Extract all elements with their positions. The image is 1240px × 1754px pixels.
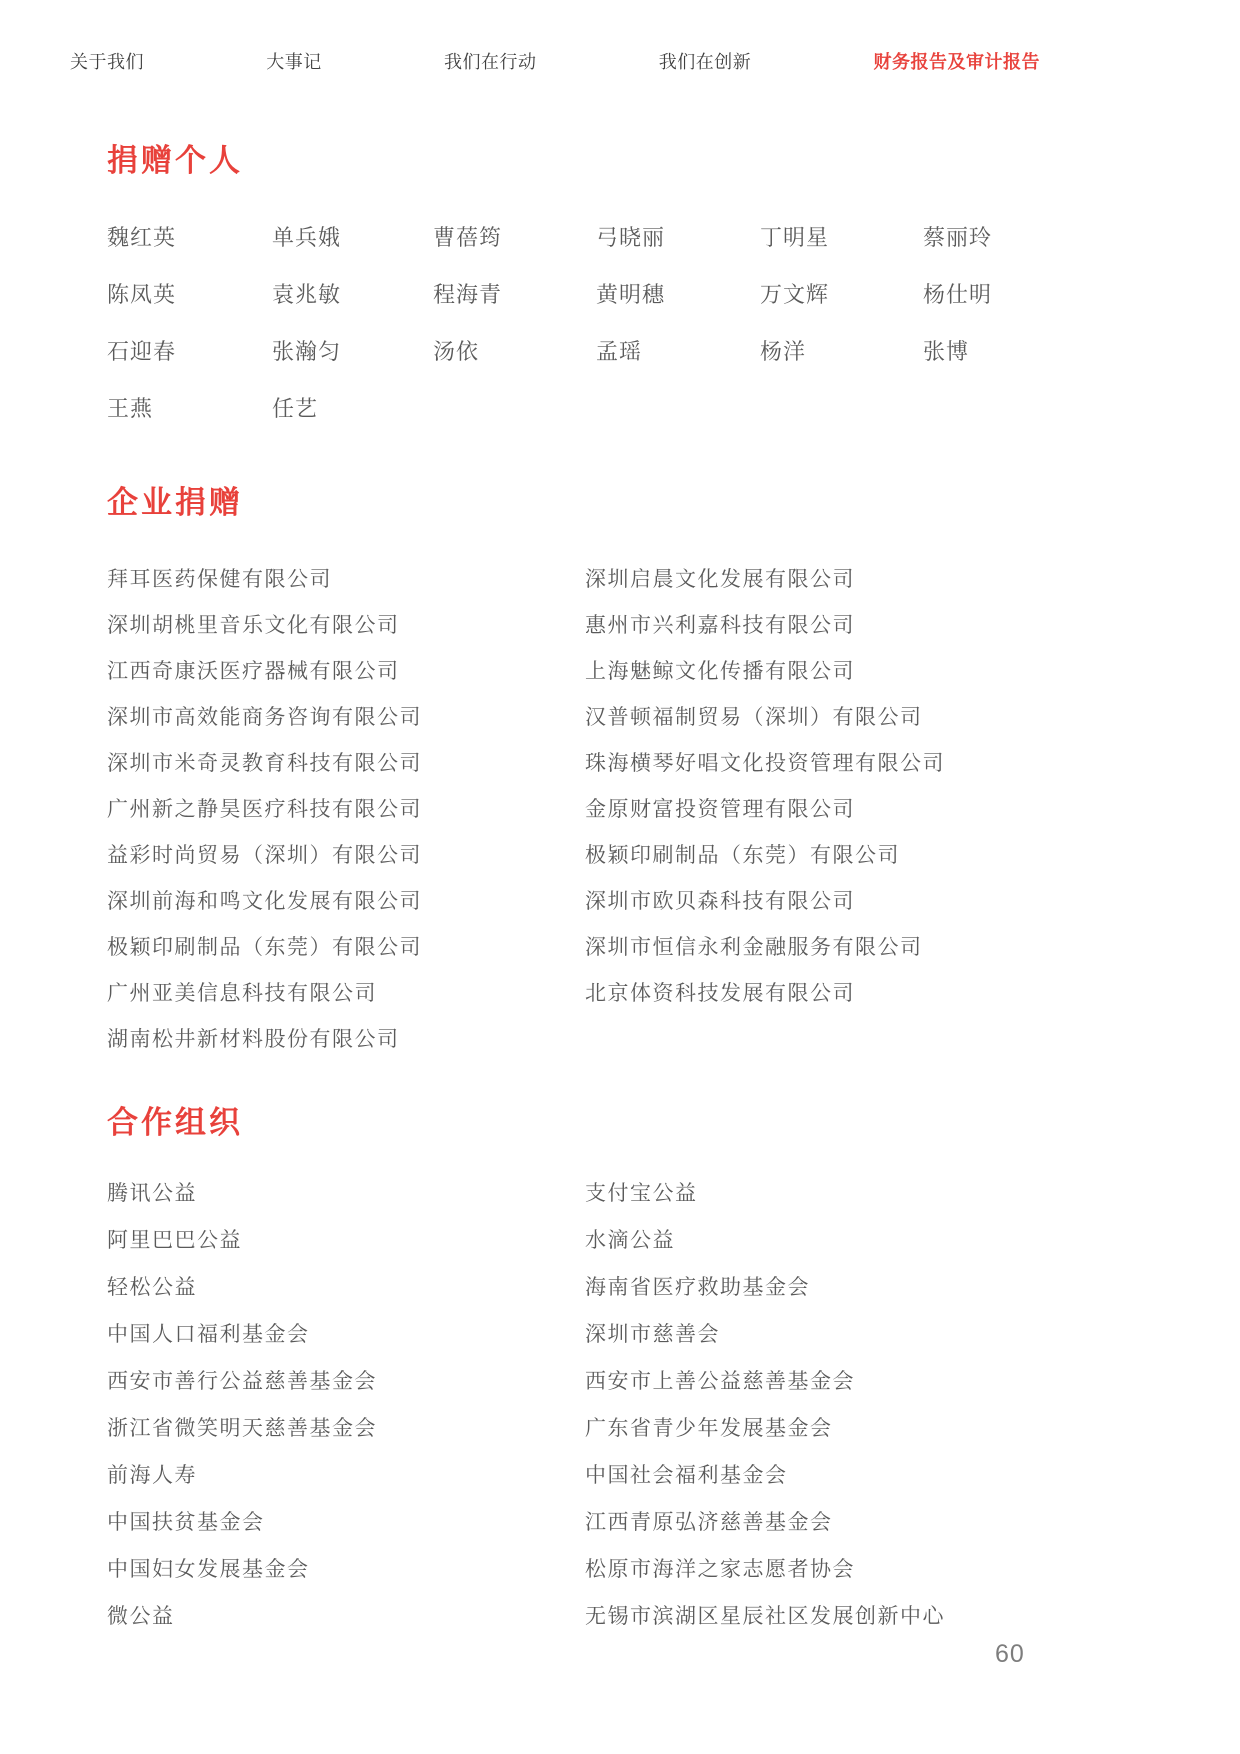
corporate-donors-list-left: 拜耳医药保健有限公司深圳胡桃里音乐文化有限公司江西奇康沃医疗器械有限公司深圳市高… (107, 557, 585, 1063)
company-name: 深圳胡桃里音乐文化有限公司 (107, 603, 585, 649)
donor-name: 曹蓓筠 (433, 209, 596, 266)
donor-name: 张博 (923, 323, 1150, 380)
donor-name: 魏红英 (107, 209, 272, 266)
company-name: 北京体资科技发展有限公司 (585, 971, 1150, 1017)
company-name: 江西奇康沃医疗器械有限公司 (107, 649, 585, 695)
company-name: 湖南松井新材料股份有限公司 (107, 1017, 585, 1063)
donor-name: 杨仕明 (923, 266, 1150, 323)
partner-organizations-list-left: 腾讯公益阿里巴巴公益轻松公益中国人口福利基金会西安市善行公益慈善基金会浙江省微笑… (107, 1170, 585, 1640)
partner-organizations-heading: 合作组织 (107, 1100, 1150, 1145)
organization-name: 西安市善行公益慈善基金会 (107, 1358, 585, 1405)
organization-name: 中国社会福利基金会 (585, 1452, 1150, 1499)
organization-name: 腾讯公益 (107, 1170, 585, 1217)
organization-name: 轻松公益 (107, 1264, 585, 1311)
corporate-donors-list-right: 深圳启晨文化发展有限公司惠州市兴利嘉科技有限公司上海魅鲸文化传播有限公司汉普顿福… (585, 557, 1150, 1063)
individual-donors-heading: 捐赠个人 (107, 138, 1150, 183)
nav-item-about[interactable]: 关于我们 (70, 48, 144, 74)
donor-name: 万文辉 (760, 266, 923, 323)
company-name: 深圳市米奇灵教育科技有限公司 (107, 741, 585, 787)
donor-name: 汤依 (433, 323, 596, 380)
company-name: 深圳启晨文化发展有限公司 (585, 557, 1150, 603)
company-name: 广州新之静昊医疗科技有限公司 (107, 787, 585, 833)
individual-donors-section: 捐赠个人 魏红英单兵娥曹蓓筠弓晓丽丁明星蔡丽玲陈凤英袁兆敏程海青黄明穗万文辉杨仕… (107, 138, 1150, 437)
donor-name: 蔡丽玲 (923, 209, 1150, 266)
organization-name: 前海人寿 (107, 1452, 585, 1499)
organization-name: 中国扶贫基金会 (107, 1499, 585, 1546)
organization-name: 水滴公益 (585, 1217, 1150, 1264)
partner-organizations-section: 合作组织 腾讯公益阿里巴巴公益轻松公益中国人口福利基金会西安市善行公益慈善基金会… (107, 1100, 1150, 1640)
nav-item-in-action[interactable]: 我们在行动 (444, 48, 537, 74)
corporate-donors-section: 企业捐赠 拜耳医药保健有限公司深圳胡桃里音乐文化有限公司江西奇康沃医疗器械有限公… (107, 480, 1150, 1063)
organization-name: 江西青原弘济慈善基金会 (585, 1499, 1150, 1546)
donor-name: 王燕 (107, 380, 272, 437)
corporate-donors-heading: 企业捐赠 (107, 480, 1150, 525)
company-name: 广州亚美信息科技有限公司 (107, 971, 585, 1017)
partner-organizations-list-right: 支付宝公益水滴公益海南省医疗救助基金会深圳市慈善会西安市上善公益慈善基金会广东省… (585, 1170, 1150, 1640)
company-name: 惠州市兴利嘉科技有限公司 (585, 603, 1150, 649)
organization-name: 深圳市慈善会 (585, 1311, 1150, 1358)
organization-name: 微公益 (107, 1593, 585, 1640)
company-name: 上海魅鲸文化传播有限公司 (585, 649, 1150, 695)
organization-name: 广东省青少年发展基金会 (585, 1405, 1150, 1452)
nav-item-milestones[interactable]: 大事记 (266, 48, 322, 74)
company-name: 深圳市高效能商务咨询有限公司 (107, 695, 585, 741)
donor-name: 黄明穗 (596, 266, 760, 323)
donor-name: 丁明星 (760, 209, 923, 266)
company-name: 深圳市欧贝森科技有限公司 (585, 879, 1150, 925)
donor-name: 张瀚匀 (272, 323, 433, 380)
nav-item-innovation[interactable]: 我们在创新 (659, 48, 752, 74)
company-name: 益彩时尚贸易（深圳）有限公司 (107, 833, 585, 879)
donor-name: 杨洋 (760, 323, 923, 380)
organization-name: 阿里巴巴公益 (107, 1217, 585, 1264)
donor-name: 弓晓丽 (596, 209, 760, 266)
partner-organizations-columns: 腾讯公益阿里巴巴公益轻松公益中国人口福利基金会西安市善行公益慈善基金会浙江省微笑… (107, 1170, 1150, 1640)
organization-name: 无锡市滨湖区星辰社区发展创新中心 (585, 1593, 1150, 1640)
organization-name: 松原市海洋之家志愿者协会 (585, 1546, 1150, 1593)
company-name: 深圳前海和鸣文化发展有限公司 (107, 879, 585, 925)
report-page: 关于我们 大事记 我们在行动 我们在创新 财务报告及审计报告 捐赠个人 魏红英单… (0, 0, 1240, 1754)
company-name: 珠海横琴好唱文化投资管理有限公司 (585, 741, 1150, 787)
company-name: 金原财富投资管理有限公司 (585, 787, 1150, 833)
donor-name: 袁兆敏 (272, 266, 433, 323)
organization-name: 海南省医疗救助基金会 (585, 1264, 1150, 1311)
donor-name: 任艺 (272, 380, 433, 437)
company-name: 深圳市恒信永利金融服务有限公司 (585, 925, 1150, 971)
company-name: 拜耳医药保健有限公司 (107, 557, 585, 603)
organization-name: 西安市上善公益慈善基金会 (585, 1358, 1150, 1405)
nav-item-financial-report[interactable]: 财务报告及审计报告 (874, 48, 1041, 74)
company-name: 汉普顿福制贸易（深圳）有限公司 (585, 695, 1150, 741)
chapter-nav: 关于我们 大事记 我们在行动 我们在创新 财务报告及审计报告 (70, 48, 1040, 74)
company-name: 极颖印刷制品（东莞）有限公司 (107, 925, 585, 971)
donor-name: 程海青 (433, 266, 596, 323)
organization-name: 中国人口福利基金会 (107, 1311, 585, 1358)
page-number: 60 (995, 1640, 1025, 1669)
corporate-donors-columns: 拜耳医药保健有限公司深圳胡桃里音乐文化有限公司江西奇康沃医疗器械有限公司深圳市高… (107, 557, 1150, 1063)
company-name: 极颖印刷制品（东莞）有限公司 (585, 833, 1150, 879)
individual-donors-list: 魏红英单兵娥曹蓓筠弓晓丽丁明星蔡丽玲陈凤英袁兆敏程海青黄明穗万文辉杨仕明石迎春张… (107, 209, 1150, 437)
donor-name: 孟瑶 (596, 323, 760, 380)
organization-name: 支付宝公益 (585, 1170, 1150, 1217)
donor-name: 石迎春 (107, 323, 272, 380)
organization-name: 中国妇女发展基金会 (107, 1546, 585, 1593)
donor-name: 陈凤英 (107, 266, 272, 323)
organization-name: 浙江省微笑明天慈善基金会 (107, 1405, 585, 1452)
donor-name: 单兵娥 (272, 209, 433, 266)
